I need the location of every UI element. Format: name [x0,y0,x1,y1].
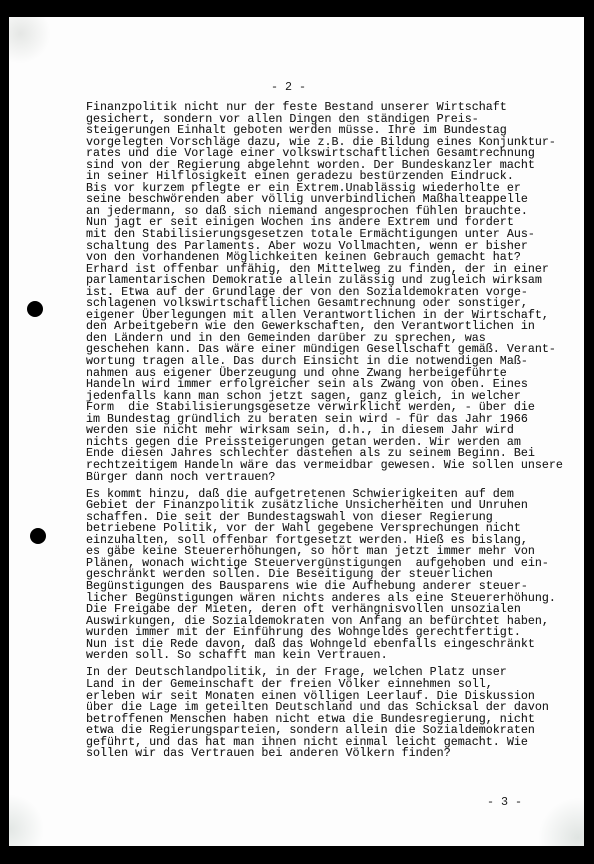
page-number-next: - 3 - [487,796,522,808]
paragraph-germany-policy: In der Deutschlandpolitik, in der Frage,… [86,667,566,759]
typewritten-page: - 2 - Finanzpolitik nicht nur der feste … [9,17,584,846]
text-line: sollen wir das Vertrauen bei anderen Völ… [86,748,566,760]
page-number-top: - 2 - [271,81,306,93]
text-line: Bürger dann noch vertrauen? [86,472,566,484]
paragraph-tax-policy: Es kommt hinzu, daß die aufgetretenen Sc… [86,489,566,662]
paragraph-finance-policy: Finanzpolitik nicht nur der feste Bestan… [86,102,566,483]
document-body: Finanzpolitik nicht nur der feste Bestan… [86,102,566,765]
punch-hole-upper [27,301,43,317]
punch-hole-lower [30,528,46,544]
text-line: werden soll. So schafft man kein Vertrau… [86,650,566,662]
